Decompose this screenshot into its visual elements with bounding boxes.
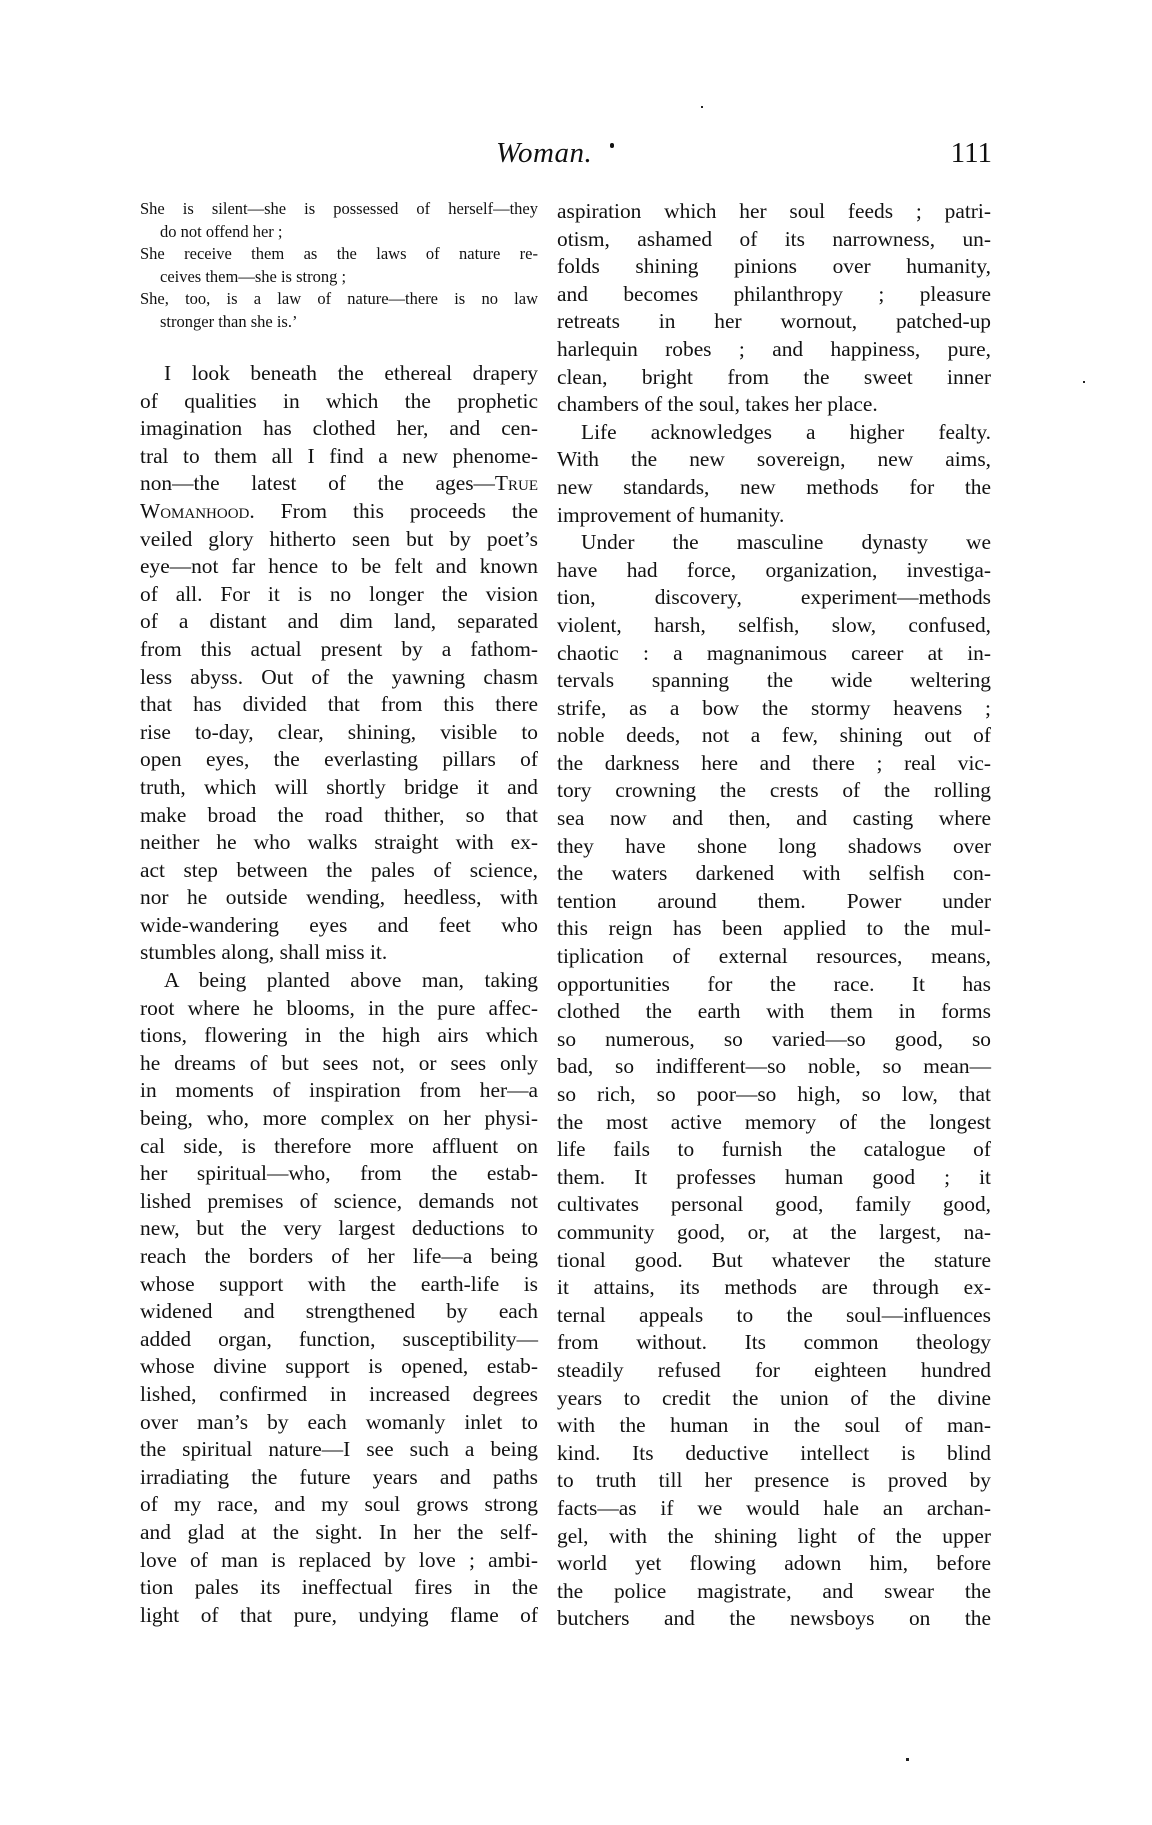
stray-mark-top xyxy=(701,106,703,108)
text-line: make broad the road thither, so that xyxy=(140,802,538,830)
text-line: non—the latest of the ages—True xyxy=(140,470,538,498)
text-line: neither he who walks straight with ex- xyxy=(140,829,538,857)
text-line: A being planted above man, taking xyxy=(140,967,538,995)
text-line: folds shining pinions over humanity, xyxy=(557,253,991,281)
text-line: steadily refused for eighteen hundred xyxy=(557,1357,991,1385)
text-line: from without. Its common theology xyxy=(557,1329,991,1357)
left-column: She is silent—she is possessed of hersel… xyxy=(140,198,538,1629)
text-line: the most active memory of the longest xyxy=(557,1109,991,1137)
text-line: truth, which will shortly bridge it and xyxy=(140,774,538,802)
text-line: act step between the pales of science, xyxy=(140,857,538,885)
page-number: 111 xyxy=(951,137,992,170)
text-line: this reign has been applied to the mul- xyxy=(557,915,991,943)
text-line: strife, as a bow the stormy heavens ; xyxy=(557,695,991,723)
book-page: Woman. 111 She is silent—she is possesse… xyxy=(0,0,1152,1825)
small-caps-text: Womanhood xyxy=(140,499,249,523)
paragraph: Life acknowledges a higher fealty.With t… xyxy=(557,419,991,529)
text-line: the waters darkened with selfish con- xyxy=(557,860,991,888)
text-line: open eyes, the everlasting pillars of xyxy=(140,746,538,774)
text-line: tral to them all I find a new phenome- xyxy=(140,443,538,471)
text-line: irradiating the future years and paths xyxy=(140,1464,538,1492)
text-line: that has divided that from this there xyxy=(140,691,538,719)
text-line: sea now and then, and casting where xyxy=(557,805,991,833)
text-line: With the new sovereign, new aims, xyxy=(557,446,991,474)
text-line: and glad at the sight. In her the self- xyxy=(140,1519,538,1547)
text-line: retreats in her wornout, patched-up xyxy=(557,308,991,336)
text-line: years to credit the union of the divine xyxy=(557,1385,991,1413)
small-caps-text: True xyxy=(495,471,538,495)
text-line: veiled glory hitherto seen but by poet’s xyxy=(140,526,538,554)
text-line: it attains, its methods are through ex- xyxy=(557,1274,991,1302)
text-line: cultivates personal good, family good, xyxy=(557,1191,991,1219)
poem-line: stronger than she is.’ xyxy=(140,311,538,334)
text-line: clothed the earth with them in forms xyxy=(557,998,991,1026)
text-line: less abyss. Out of the yawning chasm xyxy=(140,664,538,692)
text-line: rise to-day, clear, shining, visible to xyxy=(140,719,538,747)
text-line: love of man is replaced by love ; ambi- xyxy=(140,1547,538,1575)
text-line: lished, confirmed in increased degrees xyxy=(140,1381,538,1409)
text-line: so numerous, so varied—so good, so xyxy=(557,1026,991,1054)
text-line: the darkness here and there ; real vic- xyxy=(557,750,991,778)
running-title: Woman. xyxy=(496,137,592,170)
text-line: tervals spanning the wide weltering xyxy=(557,667,991,695)
running-head: Woman. 111 xyxy=(140,137,992,177)
text-line: world yet flowing adown him, before xyxy=(557,1550,991,1578)
text-line: tional good. But whatever the stature xyxy=(557,1247,991,1275)
text-line: improvement of humanity. xyxy=(557,502,991,530)
text-line: of qualities in which the prophetic xyxy=(140,388,538,416)
text-line: her spiritual—who, from the estab- xyxy=(140,1160,538,1188)
poem-line: do not offend her ; xyxy=(140,221,538,244)
text-line: tion pales its ineffectual fires in the xyxy=(140,1574,538,1602)
text-line: butchers and the newsboys on the xyxy=(557,1605,991,1633)
text-line: so rich, so poor—so high, so low, that xyxy=(557,1081,991,1109)
text-line: tory crowning the crests of the rolling xyxy=(557,777,991,805)
text-line: Under the masculine dynasty we xyxy=(557,529,991,557)
text-line: to truth till her presence is proved by xyxy=(557,1467,991,1495)
text-line: imagination has clothed her, and cen- xyxy=(140,415,538,443)
paragraph: A being planted above man, takingroot wh… xyxy=(140,967,538,1629)
text-line: clean, bright from the sweet inner xyxy=(557,364,991,392)
text-line: reach the borders of her life—a being xyxy=(140,1243,538,1271)
text-line: violent, harsh, selfish, slow, confused, xyxy=(557,612,991,640)
poem-line: She is silent—she is possessed of hersel… xyxy=(140,198,538,221)
head-ornament-dot xyxy=(610,143,614,148)
text-line: light of that pure, undying flame of xyxy=(140,1602,538,1630)
text-line: root where he blooms, in the pure affec- xyxy=(140,995,538,1023)
stray-mark-right-margin xyxy=(1083,381,1085,383)
text-line: cal side, is therefore more affluent on xyxy=(140,1133,538,1161)
text-line: I look beneath the ethereal drapery xyxy=(140,360,538,388)
text-line: over man’s by each womanly inlet to xyxy=(140,1409,538,1437)
text-line: community good, or, at the largest, na- xyxy=(557,1219,991,1247)
text-line: he dreams of but sees not, or sees only xyxy=(140,1050,538,1078)
text-line: new standards, new methods for the xyxy=(557,474,991,502)
poem-line: She receive them as the laws of nature r… xyxy=(140,243,538,266)
text-line: have had force, organization, investiga- xyxy=(557,557,991,585)
text-line: the spiritual nature—I see such a being xyxy=(140,1436,538,1464)
poem-quotation: She is silent—she is possessed of hersel… xyxy=(140,198,538,333)
text-line: otism, ashamed of its narrowness, un- xyxy=(557,226,991,254)
text-line: and becomes philanthropy ; pleasure xyxy=(557,281,991,309)
text-line: of a distant and dim land, separated xyxy=(140,608,538,636)
text-line: tion, discovery, experiment—methods xyxy=(557,584,991,612)
right-column-paragraphs: aspiration which her soul feeds ; patri-… xyxy=(557,198,991,1633)
text-line: Womanhood. From this proceeds the xyxy=(140,498,538,526)
text-line: nor he outside wending, heedless, with xyxy=(140,884,538,912)
text-line: wide-wandering eyes and feet who xyxy=(140,912,538,940)
text-line: whose support with the earth-life is xyxy=(140,1271,538,1299)
text-line: from this actual present by a fathom- xyxy=(140,636,538,664)
text-line: them. It professes human good ; it xyxy=(557,1164,991,1192)
right-column: aspiration which her soul feeds ; patri-… xyxy=(557,198,991,1633)
text-line: stumbles along, shall miss it. xyxy=(140,939,538,967)
text-line: opportunities for the race. It has xyxy=(557,971,991,999)
text-line: tention around them. Power under xyxy=(557,888,991,916)
text-line: tions, flowering in the high airs which xyxy=(140,1022,538,1050)
text-line: eye—not far hence to be felt and known xyxy=(140,553,538,581)
text-line: added organ, function, susceptibility— xyxy=(140,1326,538,1354)
text-line: of my race, and my soul grows strong xyxy=(140,1491,538,1519)
text-line: widened and strengthened by each xyxy=(140,1298,538,1326)
text-line: chambers of the soul, takes her place. xyxy=(557,391,991,419)
text-line: tiplication of external resources, means… xyxy=(557,943,991,971)
text-line: life fails to furnish the catalogue of xyxy=(557,1136,991,1164)
text-line: of all. For it is no longer the vision xyxy=(140,581,538,609)
text-line: they have shone long shadows over xyxy=(557,833,991,861)
text-line: gel, with the shining light of the upper xyxy=(557,1523,991,1551)
text-line: lished premises of science, demands not xyxy=(140,1188,538,1216)
text-line: chaotic : a magnanimous career at in- xyxy=(557,640,991,668)
text-line: harlequin robes ; and happiness, pure, xyxy=(557,336,991,364)
text-line: aspiration which her soul feeds ; patri- xyxy=(557,198,991,226)
left-column-paragraphs: I look beneath the ethereal draperyof qu… xyxy=(140,360,538,1629)
text-line: with the human in the soul of man- xyxy=(557,1412,991,1440)
text-line: kind. Its deductive intellect is blind xyxy=(557,1440,991,1468)
text-line: Life acknowledges a higher fealty. xyxy=(557,419,991,447)
text-line: whose divine support is opened, estab- xyxy=(140,1353,538,1381)
stray-mark-bottom xyxy=(906,1758,909,1761)
paragraph: I look beneath the ethereal draperyof qu… xyxy=(140,360,538,967)
text-line: new, but the very largest deductions to xyxy=(140,1215,538,1243)
text-line: facts—as if we would hale an archan- xyxy=(557,1495,991,1523)
poem-line: ceives them—she is strong ; xyxy=(140,266,538,289)
text-line: bad, so indifferent—so noble, so mean— xyxy=(557,1053,991,1081)
text-line: ternal appeals to the soul—influences xyxy=(557,1302,991,1330)
text-line: the police magistrate, and swear the xyxy=(557,1578,991,1606)
poem-line: She, too, is a law of nature—there is no… xyxy=(140,288,538,311)
text-line: being, who, more complex on her physi- xyxy=(140,1105,538,1133)
text-line: noble deeds, not a few, shining out of xyxy=(557,722,991,750)
paragraph: aspiration which her soul feeds ; patri-… xyxy=(557,198,991,419)
paragraph: Under the masculine dynasty wehave had f… xyxy=(557,529,991,1633)
text-line: in moments of inspiration from her—a xyxy=(140,1077,538,1105)
